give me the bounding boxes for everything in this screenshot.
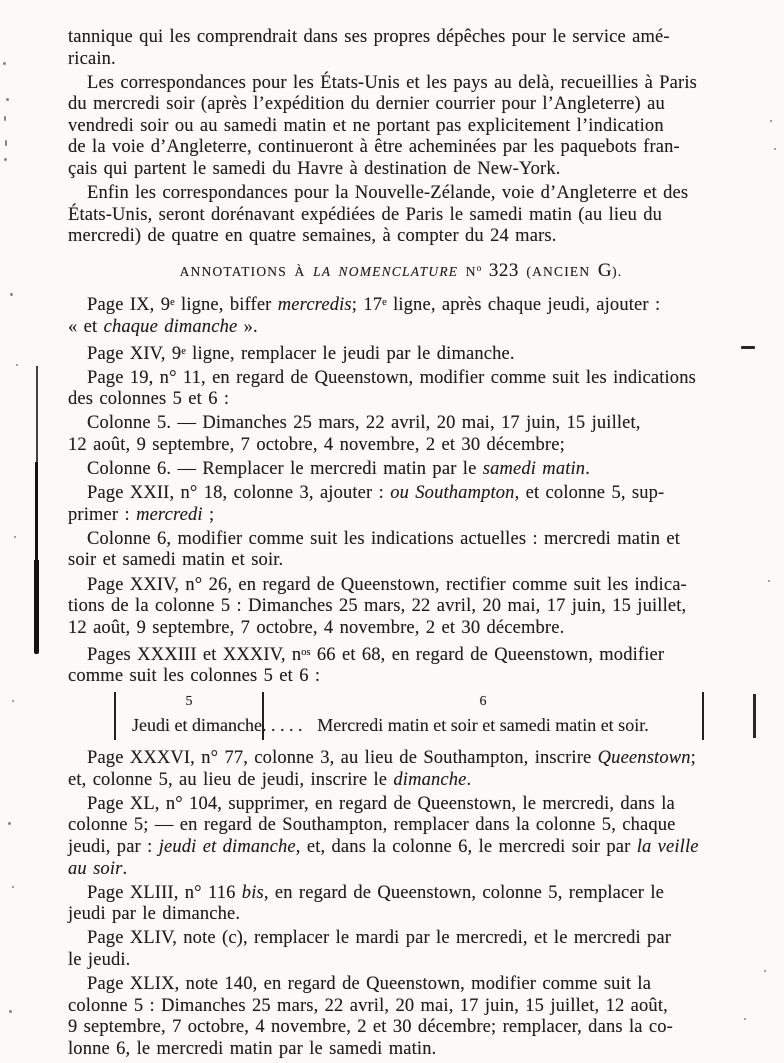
text-run: os bbox=[301, 647, 310, 658]
corrections-table: 5Jeudi et dimanche. . . . .6Mercredi mat… bbox=[114, 692, 764, 740]
paragraph: Page XLIII, n° 116 bis, en regard de Que… bbox=[68, 883, 764, 926]
text-run: G bbox=[598, 260, 612, 281]
text-line: ricain. bbox=[68, 49, 764, 71]
text-run: ricain. bbox=[68, 49, 116, 69]
text-run: Page 19, n° 11, en regard de Queenstown,… bbox=[87, 368, 696, 388]
text-line: colonne 5 : Dimanches 25 mars, 22 avril,… bbox=[68, 996, 764, 1018]
text-run: ). bbox=[612, 264, 622, 279]
text-run: 12 août, 9 septembre, 7 octobre, 4 novem… bbox=[68, 435, 565, 455]
table-column: 6Mercredi matin et soir et samedi matin … bbox=[264, 692, 702, 740]
text-run: Page XIV, 9 bbox=[87, 344, 181, 364]
page-fold-line bbox=[35, 462, 38, 562]
ink-speck bbox=[3, 62, 6, 65]
table-cell: Mercredi matin et soir et samedi matin e… bbox=[264, 712, 702, 738]
text-run: 12 août, 9 septembre, 7 octobre, 4 novem… bbox=[68, 618, 564, 638]
paragraph: Page XL, n° 104, supprimer, en regard de… bbox=[68, 794, 764, 880]
text-run: Pages XXXIII et XXXIV, n bbox=[87, 645, 301, 665]
text-run: Page XLIII, n° 116 bbox=[87, 883, 242, 903]
text-line: du mercredi soir (après l’expédition du … bbox=[68, 94, 764, 116]
text-run: Page XL, n° 104, supprimer, en regard de… bbox=[87, 794, 675, 814]
text-line: Colonne 6. — Remplacer le mercredi matin… bbox=[68, 459, 764, 481]
ink-speck bbox=[12, 700, 14, 702]
paragraph: Page XLIX, note 140, en regard de Queens… bbox=[68, 974, 764, 1060]
text-line: 12 août, 9 septembre, 7 octobre, 4 novem… bbox=[68, 435, 764, 457]
text-line: comme suit les colonnes 5 et 6 : bbox=[68, 666, 764, 688]
ink-speck bbox=[8, 822, 11, 825]
text-line: Page XIV, 9e ligne, remplacer le jeudi p… bbox=[68, 341, 764, 366]
paragraph: Colonne 6. — Remplacer le mercredi matin… bbox=[68, 459, 764, 481]
text-run: dimanche bbox=[393, 770, 466, 790]
ink-speck bbox=[768, 580, 770, 582]
text-run: Colonne 6. — Remplacer le mercredi matin… bbox=[87, 459, 483, 479]
text-line: au soir. bbox=[68, 859, 764, 881]
column-header: 6 bbox=[264, 692, 702, 712]
text-line: Page XLIII, n° 116 bis, en regard de Que… bbox=[68, 883, 764, 905]
paragraph: Colonne 5. — Dimanches 25 mars, 22 avril… bbox=[68, 413, 764, 456]
text-run: tions de la colonne 5 : Dimanches 25 mar… bbox=[68, 596, 686, 616]
text-line: çais qui partent le samedi du Havre à de… bbox=[68, 159, 764, 181]
text-run: ligne, remplacer le jeudi par le dimanch… bbox=[186, 344, 515, 364]
ink-speck bbox=[9, 1010, 12, 1013]
scan-mark bbox=[753, 694, 756, 738]
document-body: tannique qui les comprendrait dans ses p… bbox=[68, 27, 764, 1060]
text-line: jeudi par le dimanche. bbox=[68, 904, 764, 926]
text-run: jeudi, par : bbox=[68, 837, 159, 857]
text-line: « et chaque dimanche ». bbox=[68, 317, 764, 339]
text-run: primer : bbox=[68, 505, 136, 525]
text-run: çais qui partent le samedi du Havre à de… bbox=[68, 159, 561, 179]
text-run: soir et samedi matin et soir. bbox=[68, 550, 283, 570]
text-line: colonne 5; — en regard de Southampton, r… bbox=[68, 815, 764, 837]
ink-speck bbox=[12, 886, 14, 888]
text-run: Queenstown bbox=[598, 748, 691, 768]
text-line: lonne 6, le mercredi matin par le samedi… bbox=[68, 1039, 764, 1061]
text-run: 9 septembre, 7 octobre, 4 novembre, 2 et… bbox=[68, 1017, 673, 1037]
text-line: Pages XXXIII et XXXIV, nos 66 et 68, en … bbox=[68, 642, 764, 667]
text-run: tannique qui les comprendrait dans ses p… bbox=[68, 27, 670, 47]
text-line: jeudi, par : jeudi et dimanche, et, dans… bbox=[68, 837, 764, 859]
scan-dash bbox=[741, 346, 755, 349]
text-run: samedi matin bbox=[483, 459, 585, 479]
text-line: et, colonne 5, au lieu de jeudi, inscrir… bbox=[68, 770, 764, 792]
text-run: Page IX, 9 bbox=[87, 295, 170, 315]
ink-speck bbox=[14, 536, 16, 538]
text-line: de la voie d’Angleterre, continueront à … bbox=[68, 137, 764, 159]
text-run: vendredi soir ou au samedi matin et ne p… bbox=[68, 116, 664, 136]
text-line: Page XXII, n° 18, colonne 3, ajouter : o… bbox=[68, 483, 764, 505]
table-rule bbox=[702, 692, 704, 740]
text-run: jeudi par le dimanche. bbox=[68, 904, 240, 924]
ink-speck bbox=[774, 148, 776, 150]
text-line: Page XXXVI, n° 77, colonne 3, au lieu de… bbox=[68, 748, 764, 770]
text-run: ligne, après chaque jeudi, ajouter : bbox=[387, 295, 660, 315]
paragraph: tannique qui les comprendrait dans ses p… bbox=[68, 27, 764, 70]
text-run: . bbox=[467, 770, 472, 790]
text-line: 12 août, 9 septembre, 7 octobre, 4 novem… bbox=[68, 618, 764, 640]
text-line: Colonne 5. — Dimanches 25 mars, 22 avril… bbox=[68, 413, 764, 435]
text-run: , et colonne 5, sup- bbox=[515, 483, 665, 503]
table-column: 5Jeudi et dimanche. . . . . bbox=[116, 692, 262, 740]
text-run: . bbox=[585, 459, 590, 479]
text-run: bis bbox=[242, 883, 264, 903]
text-run bbox=[481, 264, 489, 279]
text-run: des colonnes 5 et 6 : bbox=[68, 389, 229, 409]
text-run: mercredi) de quatre en quatre semaines, … bbox=[68, 226, 557, 246]
text-run: N bbox=[458, 264, 477, 279]
ink-speck bbox=[744, 1018, 746, 1020]
ink-speck bbox=[4, 158, 7, 161]
text-run: au soir bbox=[68, 859, 122, 879]
ink-speck bbox=[4, 116, 6, 121]
text-line: Page XLIX, note 140, en regard de Queens… bbox=[68, 974, 764, 996]
text-run: Page XLIV, note (c), remplacer le mardi … bbox=[87, 928, 671, 948]
text-run: 66 et 68, en regard de Queenstown, modif… bbox=[311, 645, 665, 665]
text-run: États-Unis, seront dorénavant expédiées … bbox=[68, 205, 662, 225]
text-run: ; bbox=[203, 505, 215, 525]
ink-speck bbox=[16, 364, 18, 366]
text-line: soir et samedi matin et soir. bbox=[68, 550, 764, 572]
text-run: Page XXIV, n° 26, en regard de Queenstow… bbox=[87, 575, 687, 595]
text-line: des colonnes 5 et 6 : bbox=[68, 389, 764, 411]
paragraph: Page XIV, 9e ligne, remplacer le jeudi p… bbox=[68, 341, 764, 366]
text-run: LA NOMENCLATURE bbox=[313, 264, 458, 279]
text-line: primer : mercredi ; bbox=[68, 505, 764, 527]
text-line: vendredi soir ou au samedi matin et ne p… bbox=[68, 116, 764, 138]
text-run: , en regard de Queenstown, colonne 5, re… bbox=[264, 883, 664, 903]
text-line: États-Unis, seront dorénavant expédiées … bbox=[68, 205, 764, 227]
text-run: ou Southampton bbox=[390, 483, 514, 503]
text-run: le jeudi. bbox=[68, 950, 130, 970]
text-run: . bbox=[122, 859, 127, 879]
text-run: mercredi bbox=[136, 505, 203, 525]
text-line: tannique qui les comprendrait dans ses p… bbox=[68, 27, 764, 49]
paragraph: Page XXIV, n° 26, en regard de Queenstow… bbox=[68, 575, 764, 640]
text-run: chaque dimanche bbox=[104, 317, 238, 337]
paragraph: Page XLIV, note (c), remplacer le mardi … bbox=[68, 928, 764, 971]
ink-speck bbox=[10, 293, 13, 296]
text-run: jeudi et dimanche bbox=[159, 837, 296, 857]
text-run: Page XXXVI, n° 77, colonne 3, au lieu de… bbox=[87, 748, 598, 768]
page-fold-line bbox=[34, 560, 39, 654]
text-run: la veille bbox=[637, 837, 699, 857]
text-run: mercredis bbox=[278, 295, 352, 315]
text-run: Page XLIX, note 140, en regard de Queens… bbox=[87, 974, 651, 994]
paragraph: Page 19, n° 11, en regard de Queenstown,… bbox=[68, 368, 764, 411]
paragraph: Page IX, 9e ligne, biffer mercredis; 17e… bbox=[68, 292, 764, 338]
ink-speck bbox=[527, 1005, 529, 1007]
text-run: ». bbox=[237, 317, 257, 337]
paragraph: Colonne 6, modifier comme suit les indic… bbox=[68, 529, 764, 572]
text-run: ANNOTATIONS À bbox=[180, 264, 313, 279]
text-run: ; bbox=[691, 748, 696, 768]
text-line: le jeudi. bbox=[68, 950, 764, 972]
paragraph: Enfin les correspondances pour la Nouvel… bbox=[68, 183, 764, 248]
text-line: Enfin les correspondances pour la Nouvel… bbox=[68, 183, 764, 205]
text-run: colonne 5; — en regard de Southampton, r… bbox=[68, 815, 676, 835]
ink-speck bbox=[5, 140, 7, 146]
ink-speck bbox=[6, 98, 9, 101]
scanned-page: tannique qui les comprendrait dans ses p… bbox=[0, 0, 784, 1063]
page-fold-line bbox=[36, 366, 38, 464]
text-run: colonne 5 : Dimanches 25 mars, 22 avril,… bbox=[68, 996, 668, 1016]
text-line: Page IX, 9e ligne, biffer mercredis; 17e… bbox=[68, 292, 764, 317]
text-run: de la voie d’Angleterre, continueront à … bbox=[68, 137, 680, 157]
text-run: Page XXII, n° 18, colonne 3, ajouter : bbox=[87, 483, 390, 503]
text-line: Page XXIV, n° 26, en regard de Queenstow… bbox=[68, 575, 764, 597]
text-line: tions de la colonne 5 : Dimanches 25 mar… bbox=[68, 596, 764, 618]
text-run: du mercredi soir (après l’expédition du … bbox=[68, 94, 665, 114]
text-run: Colonne 5. — Dimanches 25 mars, 22 avril… bbox=[87, 413, 641, 433]
text-line: Les correspondances pour les États-Unis … bbox=[68, 73, 764, 95]
paragraph: Pages XXXIII et XXXIV, nos 66 et 68, en … bbox=[68, 642, 764, 688]
text-run: 323 bbox=[489, 260, 519, 281]
section-heading: ANNOTATIONS À LA NOMENCLATURE No 323 (AN… bbox=[68, 260, 734, 282]
text-run: Enfin les correspondances pour la Nouvel… bbox=[87, 183, 688, 203]
table-cell: Jeudi et dimanche. . . . . bbox=[116, 712, 262, 738]
text-line: Page 19, n° 11, en regard de Queenstown,… bbox=[68, 368, 764, 390]
text-line: 9 septembre, 7 octobre, 4 novembre, 2 et… bbox=[68, 1017, 764, 1039]
text-line: Page XLIV, note (c), remplacer le mardi … bbox=[68, 928, 764, 950]
text-run: , et, dans la colonne 6, le mercredi soi… bbox=[296, 837, 637, 857]
text-run: Les correspondances pour les États-Unis … bbox=[87, 73, 697, 93]
text-run: comme suit les colonnes 5 et 6 : bbox=[68, 666, 320, 686]
paragraph: Page XXII, n° 18, colonne 3, ajouter : o… bbox=[68, 483, 764, 526]
ink-speck bbox=[770, 120, 772, 122]
text-run: (ANCIEN bbox=[519, 264, 598, 279]
column-header: 5 bbox=[116, 692, 262, 712]
paragraph: Les correspondances pour les États-Unis … bbox=[68, 73, 764, 181]
ink-speck bbox=[764, 970, 766, 972]
paragraph: Page XXXVI, n° 77, colonne 3, au lieu de… bbox=[68, 748, 764, 791]
text-run: et, colonne 5, au lieu de jeudi, inscrir… bbox=[68, 770, 393, 790]
text-run: lonne 6, le mercredi matin par le samedi… bbox=[68, 1039, 436, 1059]
text-run: Colonne 6, modifier comme suit les indic… bbox=[87, 529, 680, 549]
text-line: Page XL, n° 104, supprimer, en regard de… bbox=[68, 794, 764, 816]
text-run: « et bbox=[68, 317, 104, 337]
text-line: Colonne 6, modifier comme suit les indic… bbox=[68, 529, 764, 551]
text-line: mercredi) de quatre en quatre semaines, … bbox=[68, 226, 764, 248]
text-run: ligne, biffer bbox=[175, 295, 278, 315]
text-run: ; 17 bbox=[352, 295, 382, 315]
